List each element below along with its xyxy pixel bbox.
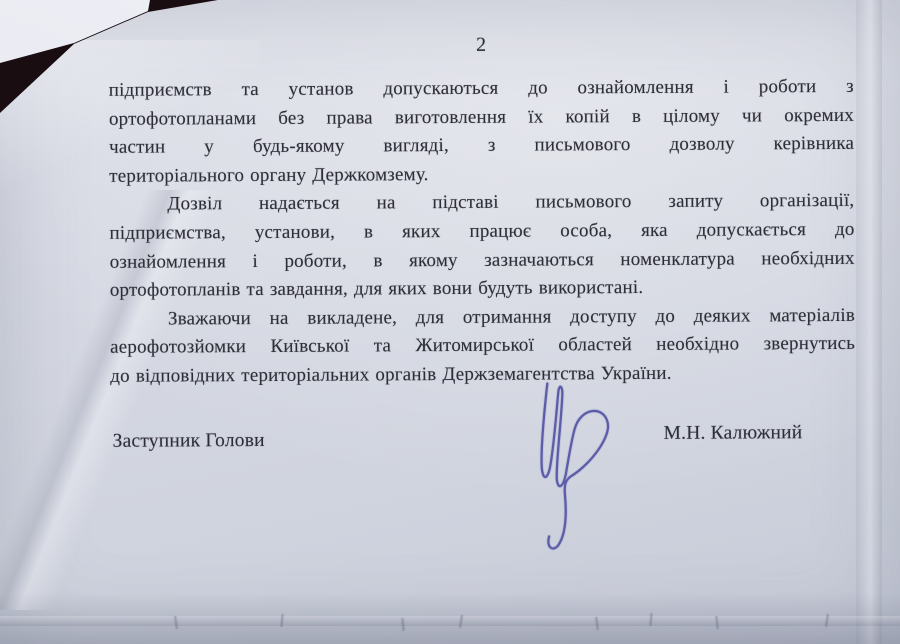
page-content: 2 підприємств та установ допускаються до…: [0, 0, 900, 644]
text-line: частин у будь-якому вигляді, з письмовог…: [109, 130, 854, 162]
text-line: ознайомлення і роботи, в якому зазначают…: [110, 244, 855, 276]
text-line: Зважаючи на викладене, для отримання дос…: [110, 302, 855, 334]
paragraph: підприємств та установ допускаються до о…: [109, 73, 855, 191]
text-line: Дозвіл надається на підставі письмового …: [109, 187, 854, 219]
paragraph: Дозвіл надається на підставі письмового …: [109, 187, 855, 305]
signatory-title: Заступник Голови: [113, 429, 265, 454]
text-line: підприємства, установи, в яких працює ос…: [109, 216, 854, 248]
page-number: 2: [108, 31, 853, 59]
signatory-name: М.Н. Калюжний: [664, 421, 803, 446]
text-line: територіального органу Держкомзему.: [109, 159, 854, 191]
photo-background: 2 підприємств та установ допускаються до…: [0, 0, 900, 644]
handwritten-signature-ink: [515, 377, 636, 558]
text-line: аерофотозйомки Київської та Житомирської…: [110, 330, 855, 362]
document-page: 2 підприємств та установ допускаються до…: [0, 0, 900, 644]
text-line: до відповідних територіальних органів Де…: [110, 359, 855, 391]
body-text: підприємств та установ допускаються до о…: [109, 73, 856, 391]
text-line: підприємств та установ допускаються до о…: [109, 73, 854, 105]
paragraph: Зважаючи на викладене, для отримання дос…: [110, 302, 855, 392]
text-line: ортофотопланами без права виготовлення ї…: [109, 101, 854, 133]
text-line: ортофотопланів та завдання, для яких вон…: [110, 273, 855, 305]
